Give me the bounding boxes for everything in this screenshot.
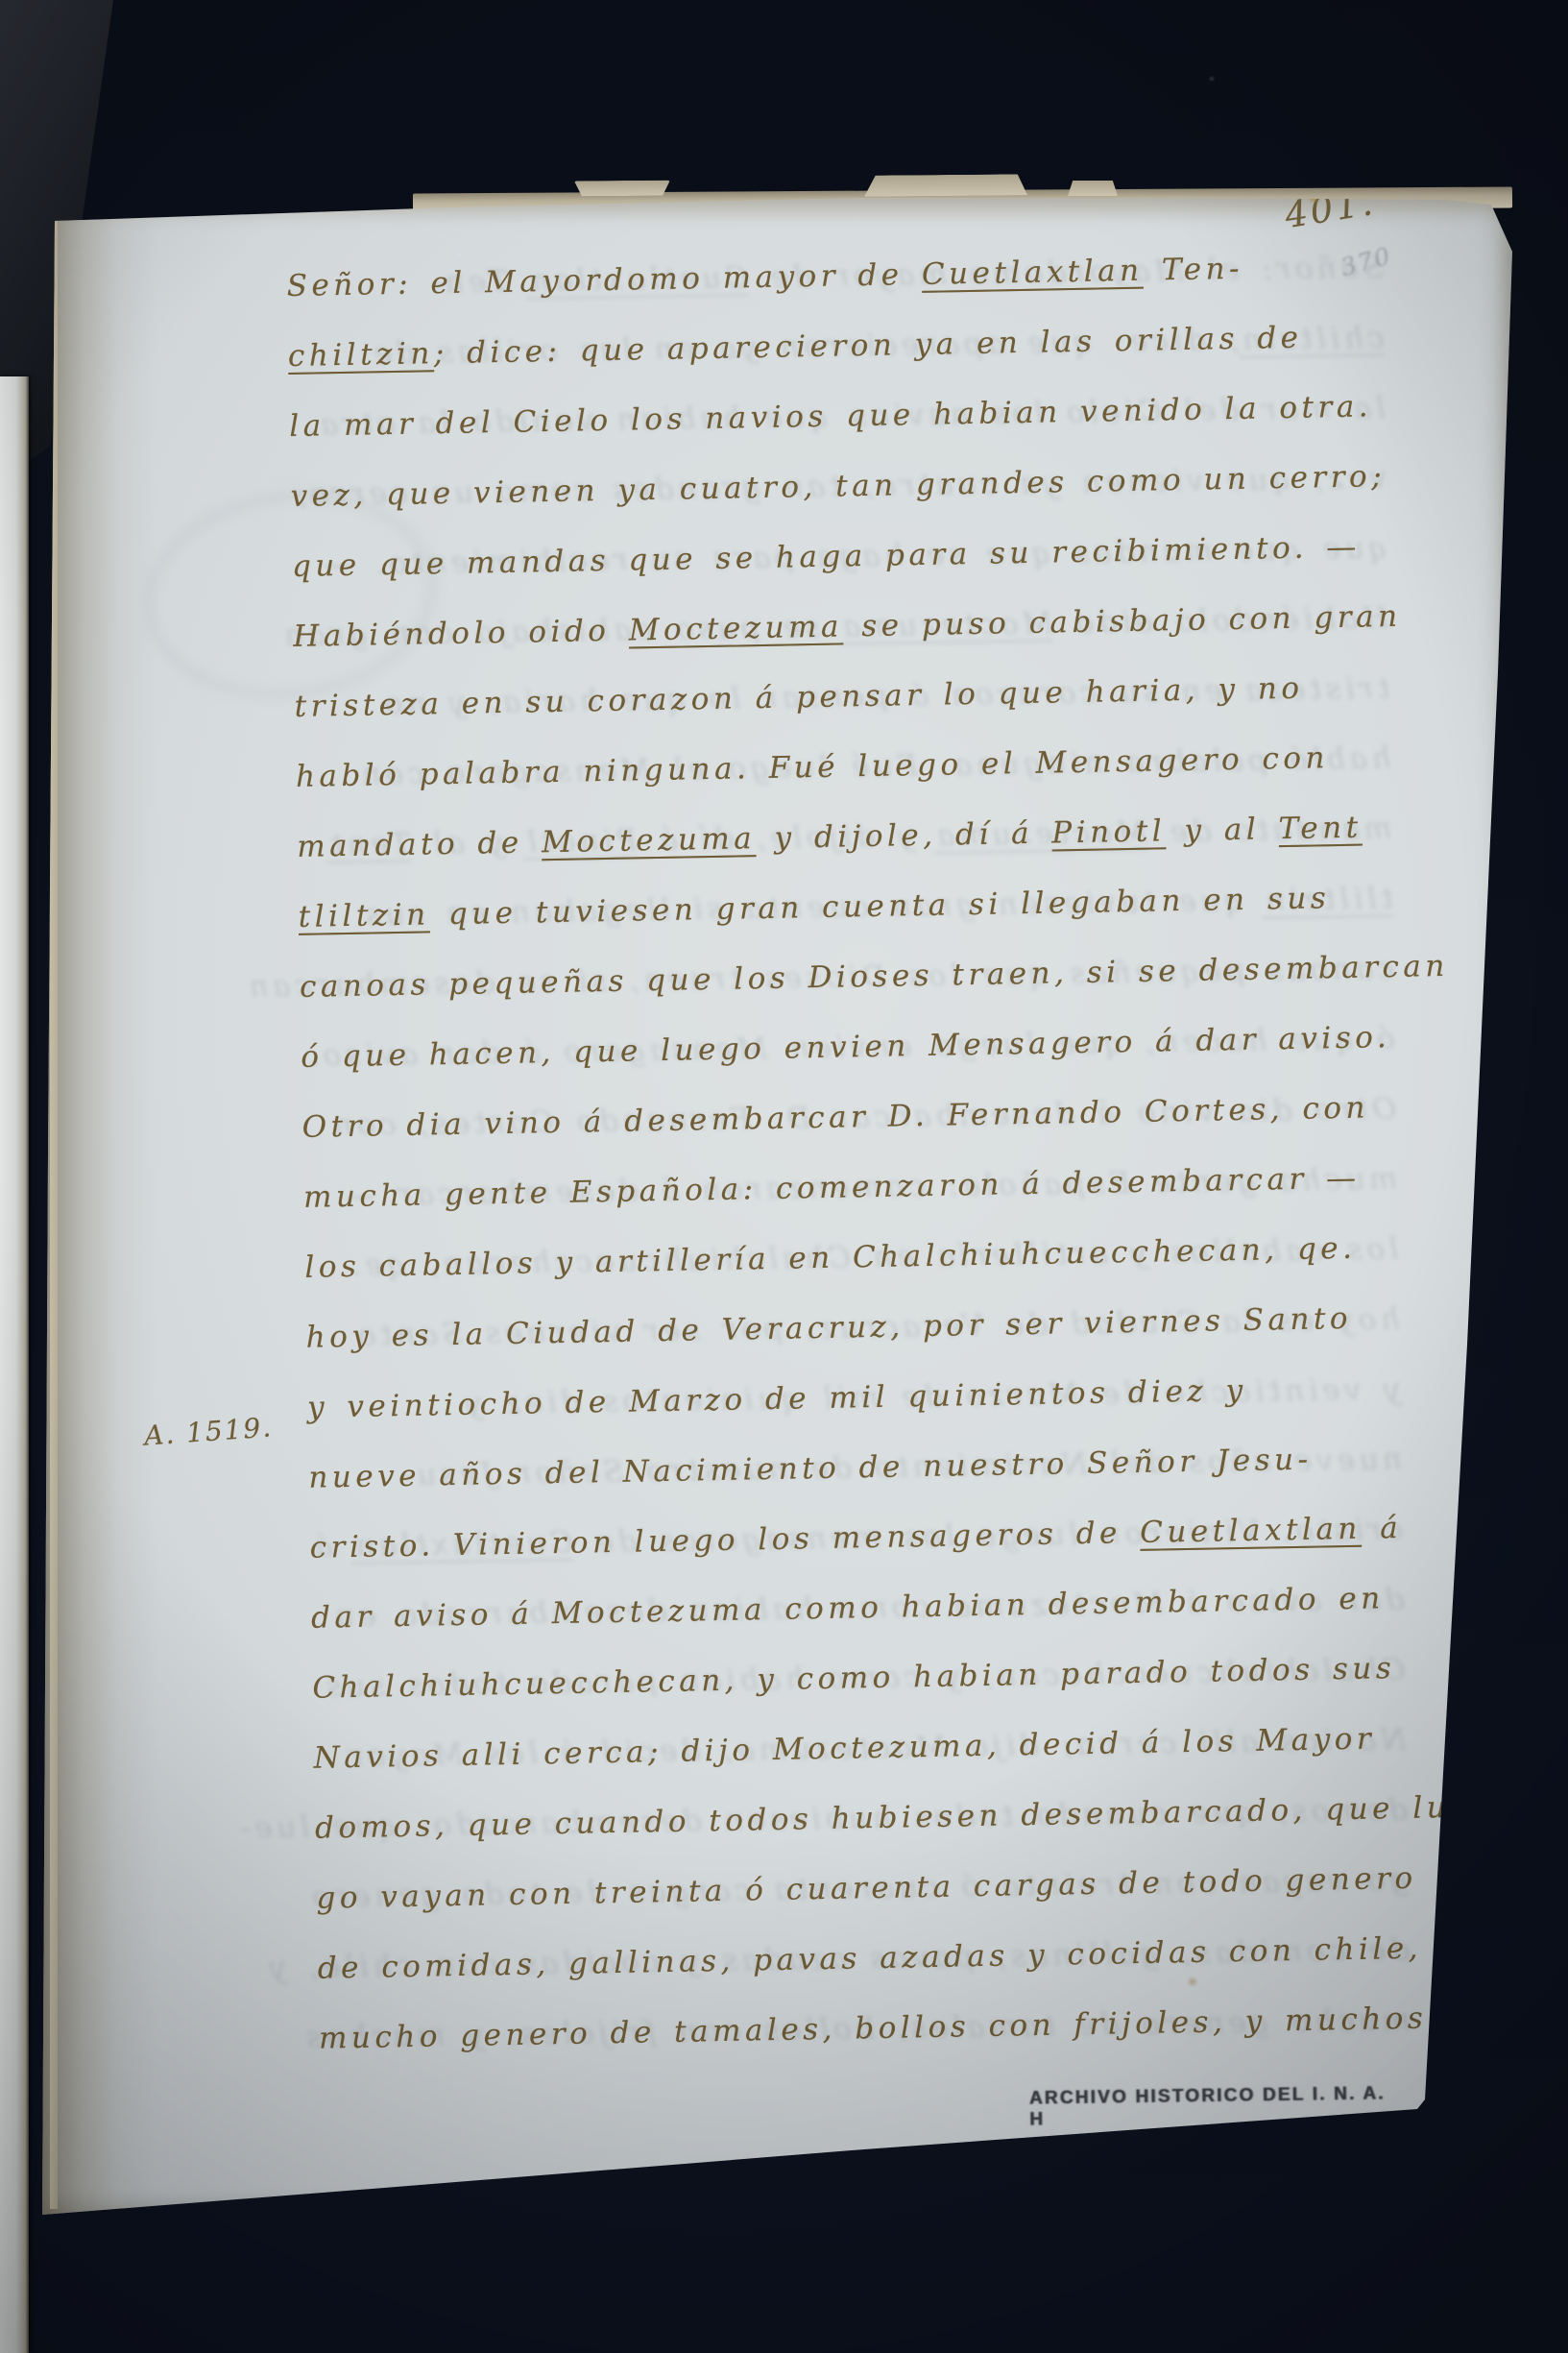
gutter-shadow — [42, 198, 157, 2215]
foxing-spot — [667, 171, 674, 177]
scan-photo: Señor: el Mayordomo mayor de Cuetlaxtlan… — [0, 0, 1568, 2353]
foxing-spot — [1189, 1978, 1196, 1985]
page-tab — [864, 174, 1027, 196]
gutter-crease — [50, 211, 58, 2209]
manuscript-page: Señor: el Mayordomo mayor de Cuetlaxtlan… — [0, 0, 1568, 2353]
archive-stamp: ARCHIVO HISTORICO DEL I. N. A. H — [1029, 2083, 1395, 2130]
dust-speck — [1210, 77, 1214, 81]
dust-speck — [457, 252, 462, 256]
page-tab — [574, 181, 670, 197]
manuscript-text: Señor: el Mayordomo mayor de Cuetlaxtlan… — [286, 230, 1458, 2074]
page-tab — [1068, 181, 1118, 196]
previous-page-edge — [0, 376, 29, 2353]
